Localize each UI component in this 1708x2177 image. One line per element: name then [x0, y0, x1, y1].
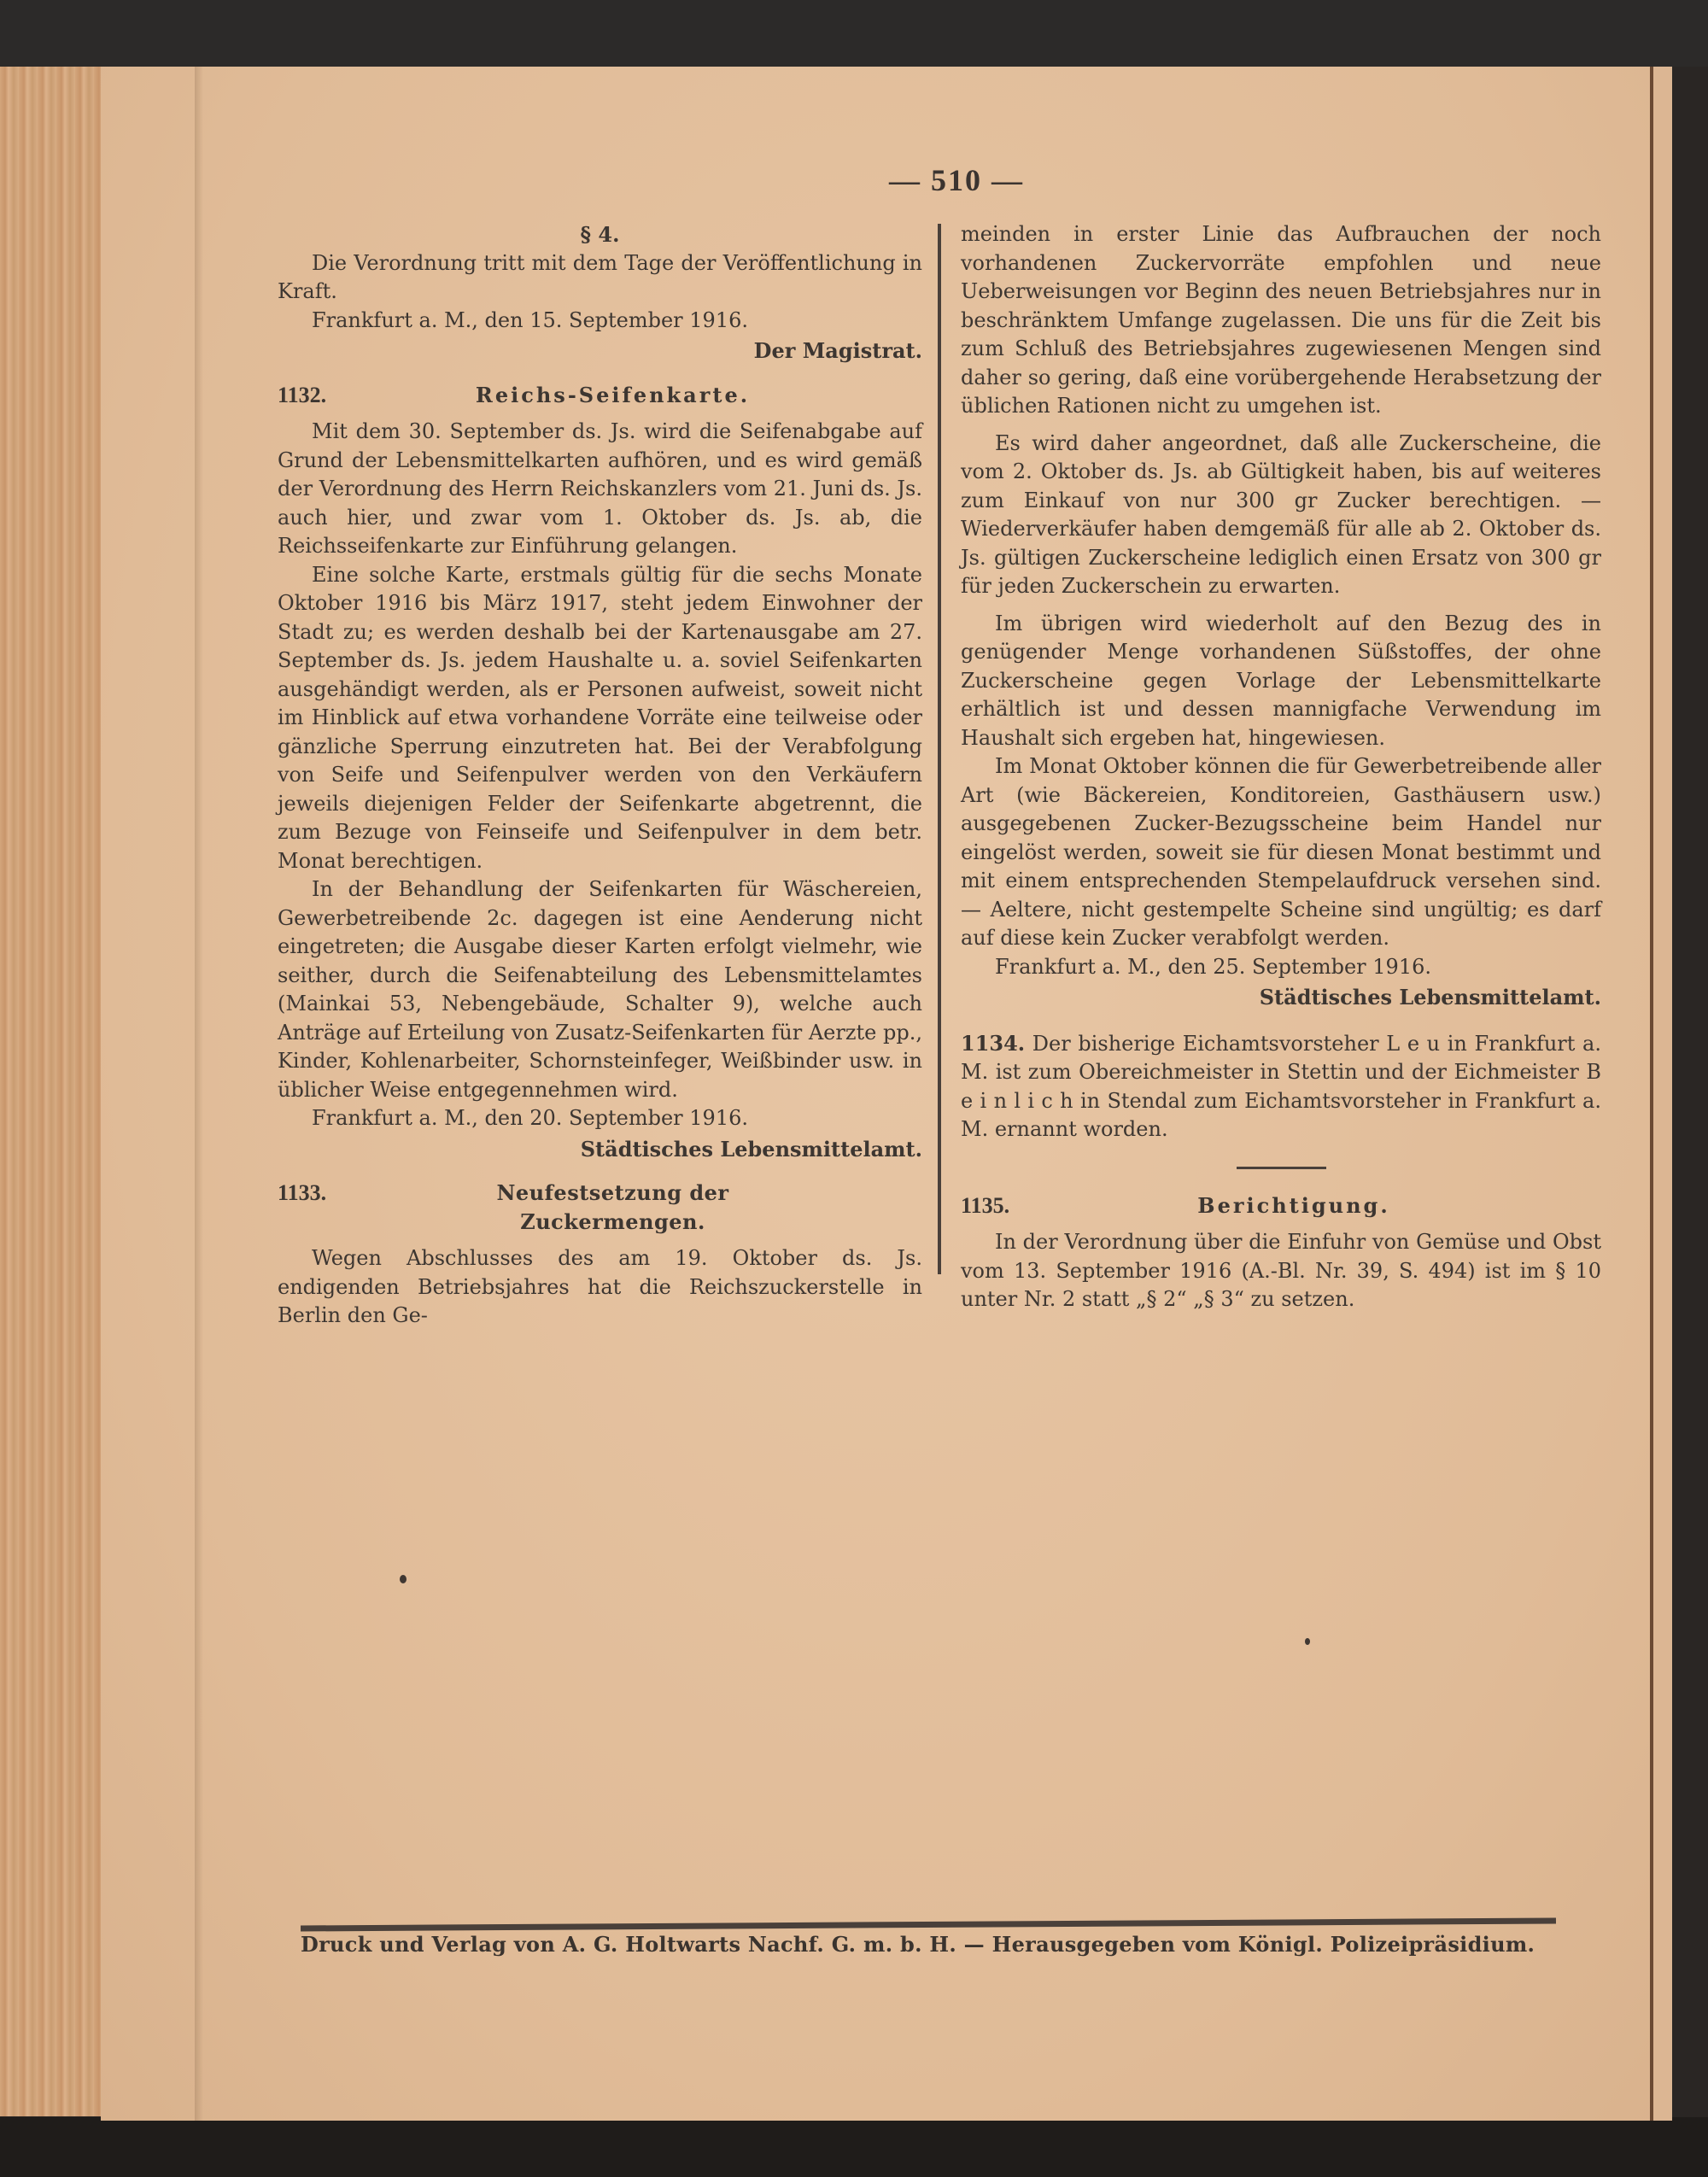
section-heading-s4: § 4. — [278, 220, 922, 249]
notice-title: Neufestsetzung der Zuckermengen. — [406, 1179, 922, 1236]
footer-imprint: Druck und Verlag von A. G. Holtwarts Nac… — [301, 1932, 1582, 1957]
notice-title: Berichtigung. — [1089, 1191, 1601, 1220]
notice-1132-paragraph: Mit dem 30. September ds. Js. wird die S… — [278, 418, 922, 561]
s4-text: Die Verordnung tritt mit dem Tage der Ve… — [278, 249, 922, 307]
notice-1133-paragraph: Im übrigen wird wiederholt auf den Bezug… — [961, 610, 1601, 753]
notice-1132-paragraph: In der Behandlung der Seifenkarten für W… — [278, 875, 922, 1104]
notice-number: 1134. — [961, 1031, 1025, 1056]
notice-1133-paragraph: meinden in erster Linie das Aufbrauchen … — [961, 220, 1601, 421]
notice-number: 1132. — [278, 381, 406, 410]
gutter-shadow — [195, 67, 203, 2121]
right-column: meinden in erster Linie das Aufbrauchen … — [961, 220, 1601, 1314]
section-rule — [1237, 1167, 1326, 1169]
ink-speck — [1305, 1638, 1310, 1645]
notice-1134-text: Der bisherige Eichamtsvorsteher L e u in… — [961, 1032, 1601, 1142]
notice-number: 1133. — [278, 1179, 406, 1208]
notice-1135-text: In der Verordnung über die Einfuhr von G… — [961, 1228, 1601, 1314]
left-column: § 4. Die Verordnung tritt mit dem Tage d… — [278, 220, 922, 1331]
s4-dateline: Frankfurt a. M., den 15. September 1916. — [278, 307, 922, 336]
notice-1132-dateline: Frankfurt a. M., den 20. September 1916. — [278, 1104, 922, 1133]
notice-number: 1135. — [961, 1191, 1089, 1220]
notice-1133-heading: 1133. Neufestsetzung der Zuckermengen. — [278, 1179, 922, 1236]
page-stack-edge — [0, 67, 102, 2116]
page-right-edge — [1650, 67, 1672, 2121]
notice-1132-signature: Städtisches Lebensmittelamt. — [278, 1135, 922, 1164]
scan-background-bottom — [0, 2117, 1708, 2177]
notice-1133-paragraph: Es wird daher angeordnet, daß alle Zucke… — [961, 430, 1601, 601]
notice-1134: 1134. Der bisherige Eichamtsvorsteher L … — [961, 1029, 1601, 1144]
s4-signature: Der Magistrat. — [278, 336, 922, 366]
notice-title: Reichs-Seifenkarte. — [406, 381, 922, 410]
ink-speck — [400, 1575, 407, 1583]
notice-1132-heading: 1132. Reichs-Seifenkarte. — [278, 381, 922, 410]
page-number: — 510 — — [854, 162, 1059, 198]
notice-1132-paragraph: Eine solche Karte, erstmals gültig für d… — [278, 561, 922, 876]
column-divider — [938, 224, 941, 1274]
notice-1135-heading: 1135. Berichtigung. — [961, 1191, 1601, 1220]
notice-1133-paragraph: Wegen Abschlusses des am 19. Oktober ds.… — [278, 1244, 922, 1331]
scan-background-top — [0, 0, 1708, 67]
notice-1133-paragraph: Im Monat Oktober können die für Gewerbet… — [961, 752, 1601, 953]
notice-1133-dateline: Frankfurt a. M., den 25. September 1916. — [961, 953, 1601, 982]
notice-1133-signature: Städtisches Lebensmittelamt. — [961, 983, 1601, 1012]
